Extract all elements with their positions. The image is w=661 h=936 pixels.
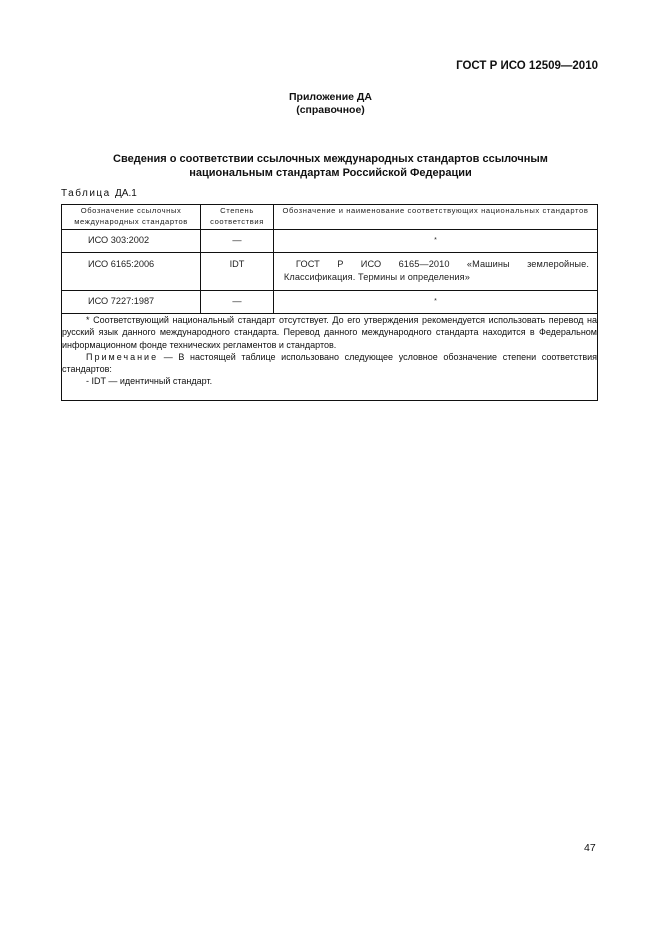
table-header-row: Обозначение ссылочных международных стан… — [62, 205, 598, 230]
note-label: Примечание — [86, 352, 158, 362]
cell-international: ИСО 303:2002 — [88, 230, 200, 247]
table-row: ИСО 7227:1987 — * — [62, 291, 598, 314]
table-caption-word: Таблица — [61, 188, 111, 199]
section-heading-line2: национальным стандартам Российской Федер… — [0, 166, 661, 180]
cell-international: ИСО 7227:1987 — [88, 291, 200, 308]
page-number: 47 — [584, 842, 596, 854]
column-header-degree: Степень соответствия — [201, 205, 274, 230]
legend-item: - IDT — идентичный стандарт. — [62, 375, 597, 387]
cell-national: * — [274, 291, 597, 308]
table-row: ИСО 303:2002 — * — [62, 230, 598, 253]
section-heading: Сведения о соответствии ссылочных междун… — [0, 152, 661, 180]
appendix-subtitle: (справочное) — [0, 104, 661, 117]
cell-national: * — [274, 230, 597, 247]
table-note: Примечание — В настоящей таблице использ… — [62, 351, 597, 376]
cell-national: ГОСТ Р ИСО 6165—2010 «Машины землеройные… — [274, 253, 597, 284]
cell-degree: — — [201, 230, 273, 247]
column-header-international: Обозначение ссылочных международных стан… — [62, 205, 201, 230]
cell-degree: IDT — [201, 253, 273, 271]
cell-degree: — — [201, 291, 273, 308]
table-row: ИСО 6165:2006 IDT ГОСТ Р ИСО 6165—2010 «… — [62, 253, 598, 291]
section-heading-line1: Сведения о соответствии ссылочных междун… — [0, 152, 661, 166]
table-footnote-row: * Соответствующий национальный стандарт … — [62, 314, 598, 401]
standards-table: Обозначение ссылочных международных стан… — [61, 204, 598, 401]
appendix-title-block: Приложение ДА (справочное) — [0, 91, 661, 117]
cell-international: ИСО 6165:2006 — [88, 253, 200, 271]
table-footnote: * Соответствующий национальный стандарт … — [62, 314, 597, 351]
document-code: ГОСТ Р ИСО 12509—2010 — [456, 60, 598, 72]
appendix-title: Приложение ДА — [0, 91, 661, 104]
table-caption-number: ДА.1 — [115, 188, 137, 199]
table-caption: Таблица ДА.1 — [61, 188, 137, 199]
column-header-national: Обозначение и наименование соответствующ… — [273, 205, 597, 230]
